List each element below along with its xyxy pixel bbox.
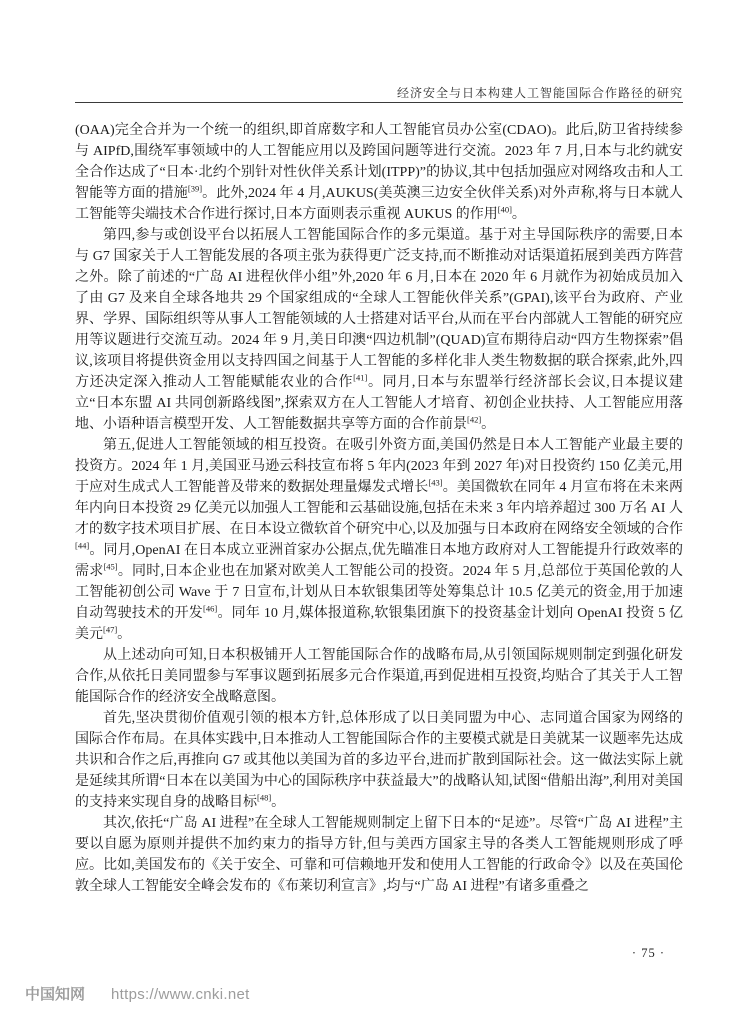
footnote-ref: [41]: [353, 372, 367, 382]
footnote-ref: [40]: [498, 204, 512, 214]
paragraph: 其次,依托“广岛 AI 进程”在全球人工智能规则制定上留下日本的“足迹”。尽管“…: [75, 813, 683, 897]
footnote-ref: [42]: [467, 414, 481, 424]
paragraph: (OAA)完全合并为一个统一的组织,即首席数字和人工智能官员办公室(CDAO)。…: [75, 120, 683, 225]
paragraph: 首先,坚决贯彻价值观引领的根本方针,总体形成了以日美同盟为中心、志同道合国家为网…: [75, 708, 683, 813]
footnote-ref: [39]: [188, 183, 202, 193]
footnote-ref: [45]: [103, 561, 117, 571]
cnki-logo-text: 中国知网: [25, 986, 85, 1003]
paragraph: 第五,促进人工智能领域的相互投资。在吸引外资方面,美国仍然是日本人工智能产业最主…: [75, 435, 683, 645]
page-number: · 75 ·: [632, 946, 665, 961]
article-body: (OAA)完全合并为一个统一的组织,即首席数字和人工智能官员办公室(CDAO)。…: [75, 120, 683, 897]
paragraph: 从上述动向可知,日本积极铺开人工智能国际合作的战略布局,从引领国际规则制定到强化…: [75, 645, 683, 708]
footnote-ref: [48]: [257, 792, 271, 802]
running-title: 经济安全与日本构建人工智能国际合作路径的研究: [397, 84, 683, 101]
footnote-ref: [46]: [203, 603, 217, 613]
footnote-ref: [43]: [428, 477, 442, 487]
footnote-ref: [44]: [75, 540, 89, 550]
header-rule: [75, 102, 683, 103]
cnki-url: https://www.cnki.net: [111, 986, 250, 1003]
footnote-ref: [47]: [103, 624, 117, 634]
document-page: 经济安全与日本构建人工智能国际合作路径的研究 (OAA)完全合并为一个统一的组织…: [0, 0, 755, 1024]
paragraph: 第四,参与或创设平台以拓展人工智能国际合作的多元渠道。基于对主导国际秩序的需要,…: [75, 225, 683, 435]
cnki-watermark: 中国知网https://www.cnki.net: [25, 983, 250, 1004]
